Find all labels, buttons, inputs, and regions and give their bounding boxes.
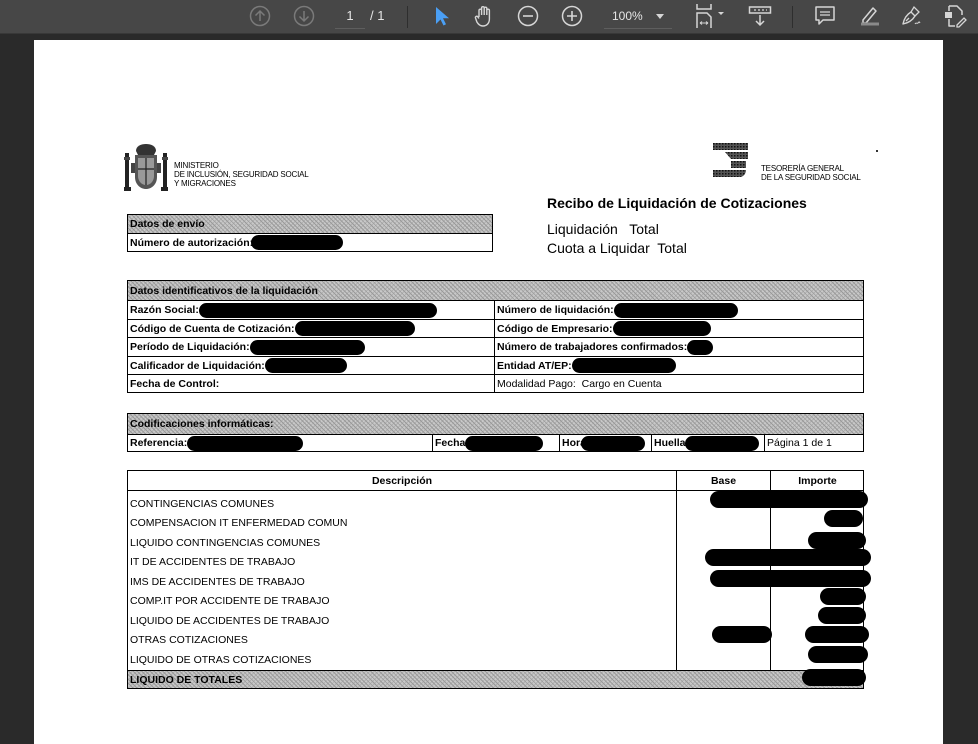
field-row: Número de liquidación: (495, 300, 863, 319)
redacted-amount (808, 646, 868, 663)
arrow-up-circle-icon (249, 5, 271, 27)
highlight-button[interactable] (856, 4, 882, 28)
total-row: LIQUIDO DE TOTALES (128, 670, 863, 688)
datos-identificativos-section: Datos identificativos de la liquidación … (127, 280, 864, 393)
table-row: IMS DE ACCIDENTES DE TRABAJO (130, 572, 305, 591)
table-row: OTRAS COTIZACIONES (130, 631, 248, 650)
redacted-value (572, 358, 676, 373)
redacted-value (251, 235, 343, 250)
select-cursor-icon (433, 5, 449, 27)
tgss-logo-icon (713, 143, 749, 179)
redacted-value (687, 340, 713, 355)
redacted-value (465, 436, 543, 451)
field-row: Calificador de Liquidación: (128, 356, 494, 374)
export-icon (943, 4, 967, 28)
referencia-cell: Referencia: (128, 435, 432, 451)
section-header: Datos de envío (128, 215, 492, 233)
redacted-amount (824, 510, 863, 527)
codificaciones-section: Codificaciones informáticas: Referencia:… (127, 413, 864, 452)
document-title: Recibo de Liquidación de Cotizaciones (547, 195, 807, 211)
download-icon (748, 5, 772, 27)
page-fit-button[interactable] (693, 4, 729, 28)
zoom-out-button[interactable] (516, 4, 540, 28)
hand-icon (473, 4, 495, 28)
table-row: IT DE ACCIDENTES DE TRABAJO (130, 553, 295, 572)
document-content: MINISTERIO DE INCLUSIÓN, SEGURIDAD SOCIA… (34, 40, 943, 744)
pagina-cell: Página 1 de 1 (765, 435, 863, 451)
hora-cell: Hora: (560, 435, 651, 451)
redacted-amount (712, 626, 772, 643)
stray-dot (876, 150, 878, 152)
field-row: Código de Cuenta de Cotización: (128, 319, 494, 337)
zoom-in-button[interactable] (560, 4, 584, 28)
next-page-button[interactable] (292, 4, 316, 28)
redacted-amount (805, 626, 869, 643)
redacted-amount (705, 549, 871, 566)
redacted-value (265, 358, 347, 373)
table-row: CONTINGENCIAS COMUNES (130, 494, 274, 513)
coat-of-arms-icon (124, 143, 168, 193)
table-row: LIQUIDO DE OTRAS COTIZACIONES (130, 650, 311, 669)
redacted-value (187, 436, 303, 451)
liquidacion-type: Liquidación Total (547, 221, 659, 237)
field-row: Período de Liquidación: (128, 337, 494, 356)
toolbar-divider (792, 6, 793, 28)
redacted-amount (802, 669, 866, 686)
redacted-amount (710, 570, 871, 587)
previous-page-button[interactable] (248, 4, 272, 28)
fecha-cell: Fecha: (433, 435, 559, 451)
field-row: Código de Empresario: (495, 319, 863, 337)
page-number-input[interactable]: 1 (335, 6, 365, 29)
hand-tool-button[interactable] (472, 4, 496, 28)
pdf-page: MINISTERIO DE INCLUSIÓN, SEGURIDAD SOCIA… (34, 40, 943, 744)
page-total: / 1 (370, 6, 384, 26)
redacted-amount (818, 607, 866, 624)
header-descripcion: Descripción (128, 471, 676, 490)
ministry-name: MINISTERIO DE INCLUSIÓN, SEGURIDAD SOCIA… (174, 161, 308, 188)
header-importe: Importe (771, 471, 864, 490)
redacted-value (199, 303, 437, 318)
redacted-value (614, 303, 738, 318)
field-row: Entidad AT/EP: (495, 356, 863, 374)
section-header: Datos identificativos de la liquidación (128, 281, 863, 300)
redacted-value (295, 321, 415, 336)
redacted-amount (710, 491, 868, 508)
sign-icon (900, 5, 924, 27)
field-row: Modalidad Pago: Cargo en Cuenta (495, 374, 863, 392)
toolbar-divider (407, 6, 408, 28)
cuota-type: Cuota a Liquidar Total (547, 240, 687, 256)
redacted-value (581, 436, 645, 451)
field-row: Número de trabajadores confirmados: (495, 337, 863, 356)
comment-icon (814, 5, 836, 27)
highlight-icon (857, 5, 881, 27)
table-row: COMPENSACION IT ENFERMEDAD COMUN (130, 514, 347, 533)
total-label: LIQUIDO DE TOTALES (128, 671, 676, 688)
redacted-amount (808, 532, 866, 549)
header-base: Base (677, 471, 770, 490)
redacted-value (613, 321, 711, 336)
chevron-down-icon (656, 14, 664, 19)
codificaciones-row: Referencia: Fecha: Hora: Huella: Página … (128, 434, 863, 451)
page-fit-icon (694, 3, 728, 29)
column-divider (676, 471, 677, 688)
table-row: COMP.IT POR ACCIDENTE DE TRABAJO (130, 592, 330, 611)
table-header: Descripción Base Importe (128, 471, 863, 491)
select-tool-button[interactable] (430, 4, 452, 28)
field-row: Fecha de Control: (128, 374, 494, 392)
arrow-down-circle-icon (293, 5, 315, 27)
zoom-level-value: 100% (612, 6, 643, 26)
datos-envio-section: Datos de envío Número de autorización: (127, 214, 493, 252)
zoom-level-select[interactable]: 100% (604, 6, 672, 29)
comment-button[interactable] (813, 4, 837, 28)
redacted-value (685, 436, 759, 451)
redacted-value (250, 340, 365, 355)
huella-cell: Huella: (652, 435, 764, 451)
sign-button[interactable] (899, 4, 925, 28)
table-row: LIQUIDO CONTINGENCIAS COMUNES (130, 533, 320, 552)
table-row: LIQUIDO DE ACCIDENTES DE TRABAJO (130, 611, 329, 630)
section-header: Codificaciones informáticas: (128, 414, 863, 434)
zoom-in-icon (561, 5, 583, 27)
export-button[interactable] (942, 4, 968, 28)
field-row: Razón Social: (128, 300, 494, 319)
download-button[interactable] (747, 4, 773, 28)
zoom-out-icon (517, 5, 539, 27)
pdf-toolbar: 1 / 1 100% (0, 0, 978, 34)
liquidacion-table: Descripción Base Importe CONTINGENCIAS C… (127, 470, 864, 689)
tgss-name: TESORERÍA GENERAL DE LA SEGURIDAD SOCIAL (761, 164, 861, 182)
redacted-amount (820, 588, 866, 605)
field-row: Número de autorización: (128, 233, 492, 251)
